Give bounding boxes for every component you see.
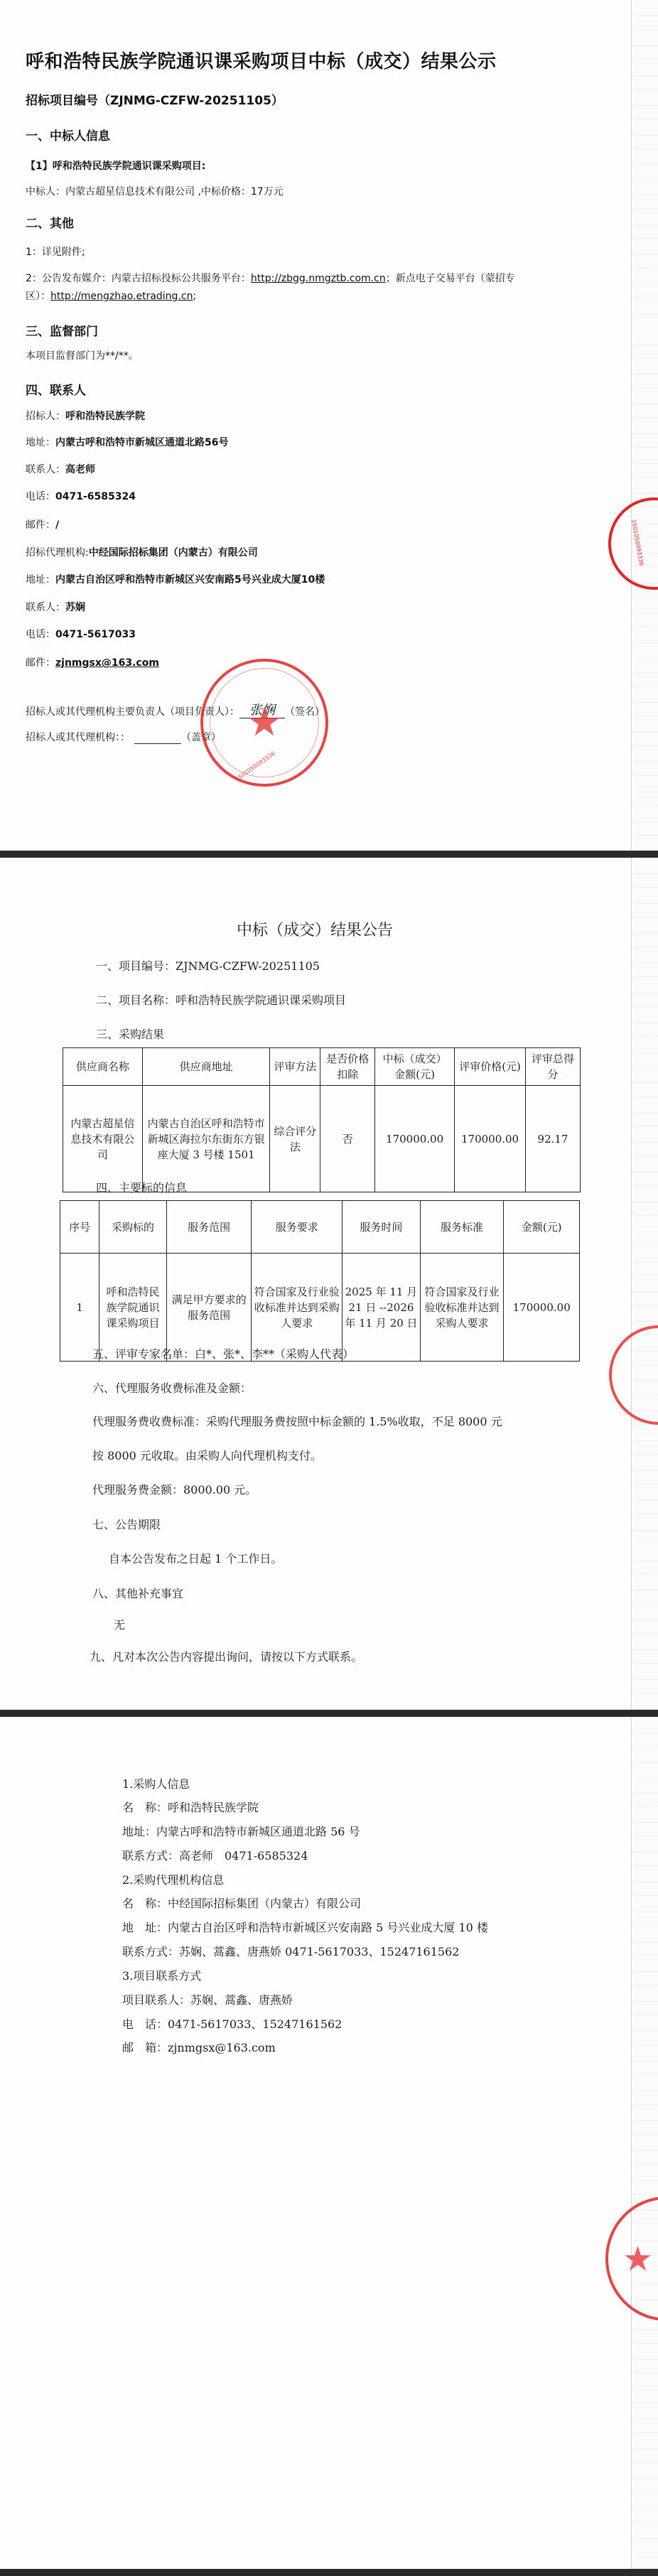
other-line-2: 2：公告发布媒介：内蒙古招标投标公共服务平台：http://zbgg.nmgzt… bbox=[26, 271, 615, 285]
fee-standard-line-2: 按 8000 元收取。由采购人向代理机构支付。 bbox=[92, 1447, 322, 1463]
section-heading-contacts: 四、联系人 bbox=[26, 380, 615, 398]
other-line-1: 1：详见附件; bbox=[26, 244, 615, 259]
table-cell-standard: 符合国家及行业验收标准并达到采购人要求 bbox=[420, 1254, 504, 1362]
email-link[interactable]: zjnmgsx@163.com bbox=[55, 657, 159, 669]
seal-number: 1501050093336 bbox=[630, 519, 644, 566]
table-header: 服务要求 bbox=[252, 1201, 343, 1254]
contact-value: 呼和浩特民族学院 bbox=[65, 411, 145, 422]
supplementary-text: 无 bbox=[114, 1616, 125, 1632]
supervision-text: 本项目监督部门为**/**。 bbox=[26, 348, 615, 362]
table-header: 中标（成交）金额(元) bbox=[375, 1048, 455, 1086]
other-line-3-prefix: 区）： bbox=[26, 291, 50, 302]
purchaser-contact: 联系方式：高老师 0471-6585324 bbox=[122, 1847, 308, 1863]
table-cell-service-time: 2025 年 11 月 21 日 --2026 年 11 月 20 日 bbox=[343, 1254, 421, 1362]
project-contact-email: 邮 箱：zjnmgsx@163.com bbox=[122, 2039, 276, 2055]
purchaser-name: 名 称：呼和浩特民族学院 bbox=[122, 1799, 259, 1815]
table-header: 金额(元) bbox=[504, 1201, 580, 1254]
page-edge-scan-strip bbox=[631, 0, 658, 851]
winner-item-title: 【1】呼和浩特民族学院通识课采购项目: bbox=[26, 158, 615, 173]
document-page-1: 呼和浩特民族学院通识课采购项目中标（成交）结果公示 招标项目编号（ZJNMG-C… bbox=[0, 0, 658, 851]
contact-label: 联系人： bbox=[26, 602, 65, 613]
table-header-row: 供应商名称 供应商地址 评审方法 是否价格扣除 中标（成交）金额(元) 评审价格… bbox=[63, 1048, 581, 1086]
contact-line: 邮件：/ bbox=[26, 517, 615, 532]
table-row: 内蒙古超星信息技术有限公司 内蒙古自治区呼和浩特市新城区海拉尔东街东方银座大厦 … bbox=[63, 1086, 581, 1192]
cross-page-seal-stamp: 1501050093336 bbox=[608, 497, 658, 590]
contact-value: 高老师 bbox=[65, 464, 95, 475]
table-cell-amount: 170000.00 bbox=[504, 1254, 580, 1362]
page-edge-scan-strip bbox=[631, 1717, 658, 2569]
table-header: 供应商地址 bbox=[142, 1048, 270, 1086]
item-inquiry-contact: 九、凡对本次公告内容提出询问，请按以下方式联系。 bbox=[90, 1648, 362, 1664]
link-nmgztb[interactable]: http://zbgg.nmgztb.com.cn bbox=[251, 273, 386, 284]
contact-value: 中经国际招标集团（内蒙古）有限公司 bbox=[89, 547, 258, 559]
table-cell-supplier-address: 内蒙古自治区呼和浩特市新城区海拉尔东街东方银座大厦 3 号楼 1501 bbox=[142, 1086, 270, 1192]
fee-amount: 代理服务费金额：8000.00 元。 bbox=[92, 1481, 257, 1497]
announcement-title: 中标（成交）结果公告 bbox=[0, 918, 630, 940]
other-line-2-prefix: 2：公告发布媒介：内蒙古招标投标公共服务平台： bbox=[26, 273, 251, 284]
table-header: 评审方法 bbox=[270, 1048, 320, 1086]
item-procurement-result: 三、采购结果 bbox=[96, 1025, 164, 1042]
other-line-3: 区）：http://mengzhao.etrading.cn; bbox=[26, 289, 615, 303]
project-contact-heading: 3.项目联系方式 bbox=[122, 1967, 201, 1983]
item-main-subject-info: 四、主要标的信息 bbox=[96, 1179, 187, 1195]
item-agency-fee: 六、代理服务收费标准及金额： bbox=[92, 1379, 252, 1396]
table-header-row: 序号 采购标的 服务范围 服务要求 服务时间 服务标准 金额(元) bbox=[60, 1201, 580, 1254]
purchaser-info-heading: 1.采购人信息 bbox=[122, 1775, 190, 1791]
main-subject-table: 序号 采购标的 服务范围 服务要求 服务时间 服务标准 金额(元) 1 呼和浩特… bbox=[60, 1200, 580, 1362]
cross-page-seal-stamp: ★ bbox=[605, 2197, 658, 2321]
contact-label: 邮件： bbox=[26, 657, 55, 669]
fee-standard-line-1: 代理服务费收费标准：采购代理服务费按照中标金额的 1.5%收取，不足 8000 … bbox=[92, 1413, 502, 1429]
item-project-number: 一、项目编号：ZJNMG-CZFW-20251105 bbox=[96, 957, 320, 974]
link-mengzhao[interactable]: http://mengzhao.etrading.cn bbox=[50, 291, 193, 302]
table-header: 评审价格(元) bbox=[455, 1048, 526, 1086]
item-review-experts: 五、评审专家名单：白*、张*、李**（采购人代表） bbox=[92, 1345, 354, 1362]
table-cell-review-price: 170000.00 bbox=[455, 1086, 526, 1192]
table-cell-price-deduction: 否 bbox=[320, 1086, 375, 1192]
contact-line: 电话：0471-6585324 bbox=[26, 489, 615, 503]
project-contact-phone: 电 话：0471-5617033、15247161562 bbox=[122, 2015, 342, 2032]
contact-line: 联系人：苏娴 bbox=[26, 600, 615, 614]
item-announcement-period: 七、公告期限 bbox=[92, 1516, 161, 1532]
seal-star-icon: ★ bbox=[247, 703, 282, 743]
table-header: 评审总得分 bbox=[526, 1048, 581, 1086]
agency-contact: 联系方式：苏娴、蒿鑫、唐燕娇 0471-5617033、15247161562 bbox=[122, 1943, 459, 1959]
contact-value: 内蒙古自治区呼和浩特市新城区兴安南路5号兴业成大厦10楼 bbox=[55, 574, 325, 586]
contact-line: 招标代理机构:中经国际招标集团（内蒙古）有限公司 bbox=[26, 545, 615, 559]
announcement-period-text: 自本公告发布之日起 1 个工作日。 bbox=[109, 1550, 282, 1566]
contact-line: 招标人：呼和浩特民族学院 bbox=[26, 409, 615, 423]
table-header: 服务范围 bbox=[166, 1201, 252, 1254]
document-page-3: 1.采购人信息 名 称：呼和浩特民族学院 地址：内蒙古呼和浩特市新城区通道北路 … bbox=[0, 1717, 658, 2569]
project-contact-persons: 项目联系人：苏娴、蒿鑫、唐燕娇 bbox=[122, 1991, 293, 2008]
agency-name: 名 称：中经国际招标集团（内蒙古）有限公司 bbox=[122, 1895, 361, 1911]
contact-value: 内蒙古呼和浩特市新城区通道北路56号 bbox=[55, 437, 228, 448]
agency-info-heading: 2.采购代理机构信息 bbox=[122, 1871, 224, 1887]
table-header: 是否价格扣除 bbox=[320, 1048, 375, 1086]
table-cell-supplier-name: 内蒙古超星信息技术有限公司 bbox=[63, 1086, 143, 1192]
section-heading-winner: 一、中标人信息 bbox=[26, 126, 615, 144]
contact-line: 地址：内蒙古自治区呼和浩特市新城区兴安南路5号兴业成大厦10楼 bbox=[26, 572, 615, 586]
contact-label: 邮件： bbox=[26, 519, 55, 531]
contact-value: 0471-5617033 bbox=[55, 629, 136, 640]
other-line-2-mid: ；新点电子交易平台（蒙招专 bbox=[386, 273, 515, 284]
table-header: 采购标的 bbox=[99, 1201, 167, 1254]
procurement-results-table: 供应商名称 供应商地址 评审方法 是否价格扣除 中标（成交）金额(元) 评审价格… bbox=[63, 1047, 581, 1192]
contact-line-email: 邮件：zjnmgsx@163.com bbox=[26, 655, 615, 669]
contact-label: 地址： bbox=[26, 437, 55, 448]
seal-label: 招标人或其代理机构：： bbox=[26, 732, 130, 743]
page-separator bbox=[0, 851, 658, 858]
contact-label: 联系人： bbox=[26, 464, 65, 475]
table-header: 服务时间 bbox=[343, 1201, 421, 1254]
contact-line: 电话：0471-5617033 bbox=[26, 627, 615, 641]
table-cell-award-amount: 170000.00 bbox=[375, 1086, 455, 1192]
cross-page-seal-stamp bbox=[609, 1325, 658, 1425]
contact-value: / bbox=[55, 519, 59, 531]
agency-address: 地 址：内蒙古自治区呼和浩特市新城区兴安南路 5 号兴业成大厦 10 楼 bbox=[122, 1919, 488, 1935]
table-header: 供应商名称 bbox=[63, 1048, 143, 1086]
section-heading-other: 二、其他 bbox=[26, 213, 615, 231]
contact-line: 地址：内蒙古呼和浩特市新城区通道北路56号 bbox=[26, 435, 615, 449]
title-divider bbox=[27, 70, 335, 70]
contact-line: 联系人：高老师 bbox=[26, 462, 615, 476]
page-separator bbox=[0, 2569, 658, 2576]
contact-value: 苏娴 bbox=[65, 602, 85, 613]
table-header: 序号 bbox=[60, 1201, 99, 1254]
seal-blank-line bbox=[134, 732, 181, 744]
winner-info: 中标人：内蒙古超星信息技术有限公司 ,中标价格：17万元 bbox=[26, 184, 615, 198]
item-supplementary: 八、其他补充事宜 bbox=[92, 1585, 183, 1601]
table-cell-total-score: 92.17 bbox=[526, 1086, 581, 1192]
contact-label: 电话： bbox=[26, 629, 55, 640]
contact-label: 招标代理机构: bbox=[26, 547, 89, 559]
other-line-3-suffix: ; bbox=[193, 291, 196, 302]
contact-value: 0471-6585324 bbox=[55, 491, 136, 502]
contact-label: 电话： bbox=[26, 491, 55, 502]
official-seal-stamp: ★ 1501050093336 bbox=[200, 659, 328, 787]
contact-label: 地址： bbox=[26, 574, 55, 586]
table-cell-method: 综合评分法 bbox=[270, 1086, 320, 1192]
page-separator bbox=[0, 1710, 658, 1717]
table-header: 服务标准 bbox=[420, 1201, 504, 1254]
purchaser-address: 地址：内蒙古呼和浩特市新城区通道北路 56 号 bbox=[122, 1823, 360, 1839]
item-project-name: 二、项目名称：呼和浩特民族学院通识课采购项目 bbox=[96, 991, 346, 1008]
document-page-2: 中标（成交）结果公告 一、项目编号：ZJNMG-CZFW-20251105 二、… bbox=[0, 858, 658, 1710]
page-edge-scan-strip bbox=[631, 858, 658, 1710]
project-number: 招标项目编号（ZJNMG-CZFW-20251105） bbox=[26, 90, 615, 108]
section-heading-supervision: 三、监督部门 bbox=[26, 321, 615, 339]
contact-label: 招标人： bbox=[26, 411, 65, 422]
seal-star-icon: ★ bbox=[622, 2242, 653, 2276]
